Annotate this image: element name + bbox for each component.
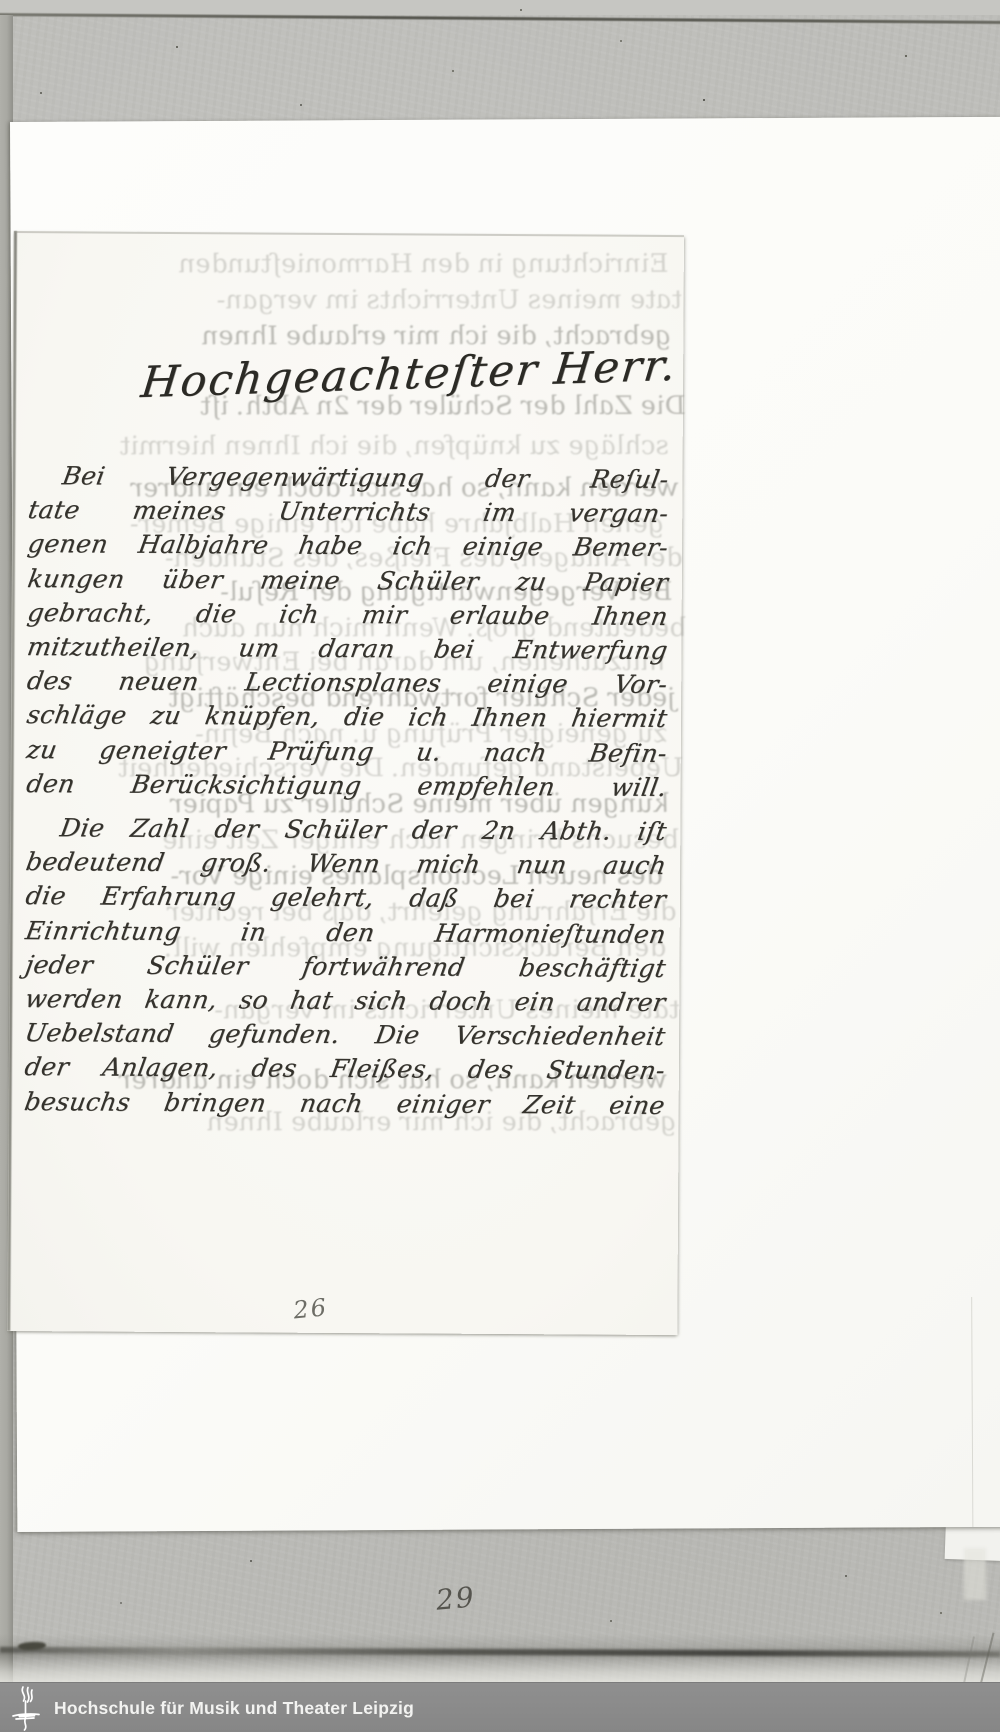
handwritten-line: schläge zu knüpfen, die ich Ihnen hiermi… bbox=[24, 699, 670, 737]
letter-salutation: Hochgeachteſter Herr. bbox=[139, 341, 680, 409]
handwritten-line: Die Zahl der Schüler der 2n Abth. iſt bbox=[24, 811, 670, 849]
handwritten-line: Einrichtung in den Harmonieſtunden bbox=[23, 914, 669, 952]
scanned-letter-view: Einrichtung in den Harmonieſtunden tate … bbox=[0, 0, 1000, 1732]
backing-sheet-number: 29 bbox=[435, 1580, 477, 1616]
backing-sheet-edge bbox=[971, 1297, 973, 1527]
letter-body: Bei Vergegenwärtigung der Reſul- tate me… bbox=[25, 459, 669, 1123]
page-number: 26 bbox=[292, 1293, 329, 1324]
handwritten-line: mitzutheilen, um daran bei Entwerfung bbox=[25, 630, 671, 668]
under-sheet-streak bbox=[964, 1548, 986, 1600]
handwritten-line: des neuen Lectionsplanes einige Vor- bbox=[24, 664, 670, 702]
handwritten-line: zu geneigter Prüfung u. nach Befin- bbox=[24, 733, 670, 771]
scan-top-strip bbox=[0, 0, 1000, 15]
letter-paragraph-2: Die Zahl der Schüler der 2n Abth. iſt be… bbox=[25, 811, 667, 1123]
handwritten-line: werden kann, so hat sich doch ein andrer bbox=[22, 982, 668, 1020]
handwritten-line: gebracht, die ich mir erlaube Ihnen bbox=[25, 596, 671, 634]
handwritten-line: Bei Vergegenwärtigung der Reſul- bbox=[26, 459, 672, 497]
bleedthrough-line: schläge zu knüpfen, die ich Ihnen hiermi… bbox=[4, 431, 680, 462]
paper-specks bbox=[0, 0, 2, 2]
scan-bottom-edge-line bbox=[0, 1647, 1000, 1657]
handwritten-line: Uebelstand gefunden. Die Verschiedenheit bbox=[22, 1016, 668, 1054]
handwritten-line: der Anlagen, des Fleißes, des Stunden- bbox=[22, 1051, 668, 1089]
handwritten-line: bedeutend groß. Wenn mich nun auch bbox=[23, 845, 669, 883]
hmt-leipzig-logo-icon bbox=[8, 1685, 44, 1731]
institution-footer-bar: Hochschule für Musik und Theater Leipzig bbox=[0, 1682, 1000, 1732]
handwritten-line: besuchs bringen nach einiger Zeit eine bbox=[22, 1085, 668, 1123]
handwritten-line: jeder Schüler fortwährend beschäftigt bbox=[23, 948, 669, 986]
handwritten-line: tate meines Unterrichts im vergan- bbox=[25, 493, 671, 531]
handwritten-line: den Berücksichtigung empfehlen will. bbox=[24, 767, 670, 805]
scan-bottom-edge bbox=[0, 1634, 1000, 1682]
bleedthrough-line: tate meines Unterrichts im vergan- bbox=[17, 285, 693, 316]
letter-paragraph-1: Bei Vergegenwärtigung der Reſul- tate me… bbox=[27, 459, 669, 805]
institution-name: Hochschule für Musik und Theater Leipzig bbox=[54, 1698, 414, 1719]
bleedthrough-line: Einrichtung in den Harmonieſtunden bbox=[3, 249, 679, 280]
letter-page: Einrichtung in den Harmonieſtunden tate … bbox=[7, 231, 684, 1335]
handwritten-line: genen Halbjahre habe ich einige Bemer- bbox=[25, 528, 671, 566]
handwritten-line: kungen über meine Schüler zu Papier bbox=[25, 562, 671, 600]
handwritten-line: die Erfahrung gelehrt, daß bei rechter bbox=[23, 880, 669, 918]
